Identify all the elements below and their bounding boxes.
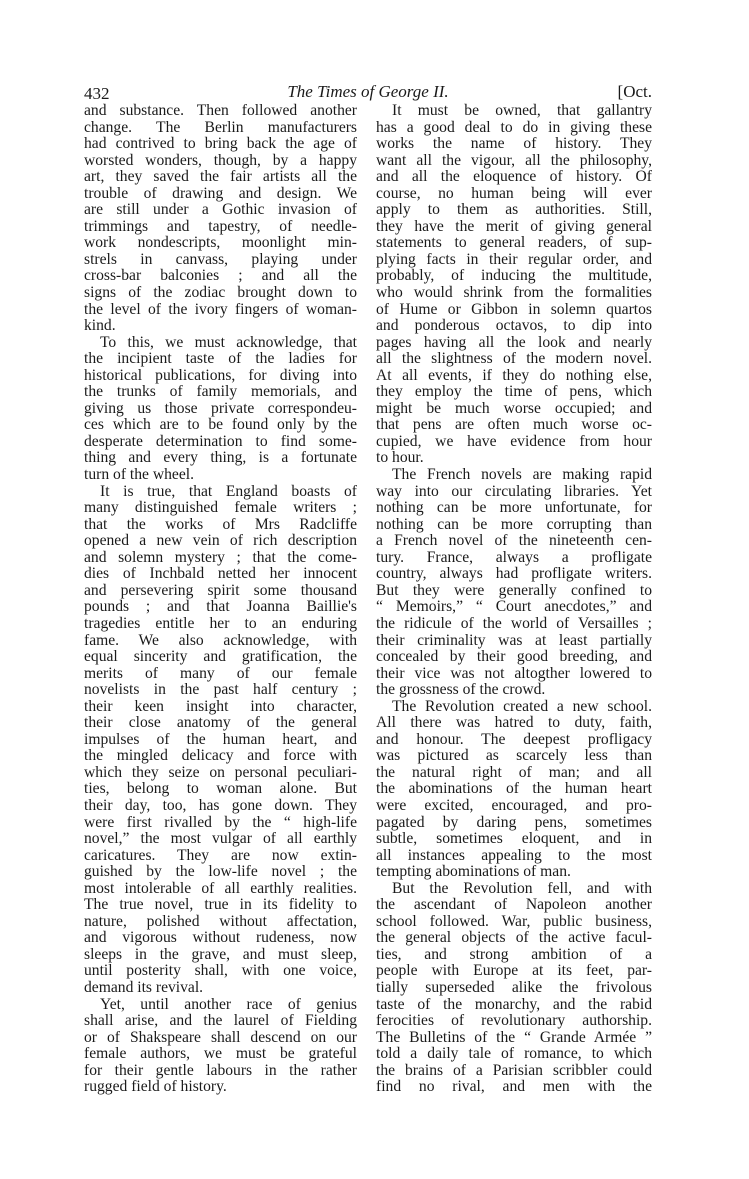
text-line: works the name of history. They [376,136,652,153]
text-line: shall arise, and the laurel of Fielding [84,1013,357,1030]
text-line: ces which are to be found only by the [84,417,357,434]
text-line: The Bulletins of the “ Grande Armée ” [376,1030,652,1047]
text-line: many distinguished female writers ; [84,500,357,517]
text-line: The Revolution created a new school. [376,699,652,716]
text-line: and honour. The deepest profligacy [376,732,652,749]
text-line: had contrived to bring back the age of [84,136,357,153]
text-line: nothing can be more unfortunate, for [376,500,652,517]
text-line: Yet, until another race of genius [84,997,357,1014]
text-line: female authors, we must be grateful [84,1046,357,1063]
text-line: But the Revolution fell, and with [376,881,652,898]
text-line: the trunks of family memorials, and [84,384,357,401]
text-line: sleeps in the grave, and must sleep, [84,947,357,964]
text-line: tragedies entitle her to an enduring [84,616,357,633]
text-line: the ridicule of the world of Versailles … [376,616,652,633]
text-line: and persevering spirit some thousand [84,583,357,600]
text-line: change. The Berlin manufacturers [84,120,357,137]
text-line: want all the vigour, all the philosophy, [376,153,652,170]
text-line: a French novel of the nineteenth cen- [376,533,652,550]
text-line: probably, of inducing the multitude, [376,268,652,285]
text-line: their keen insight into character, [84,699,357,716]
text-line: equal sincerity and gratification, the [84,649,357,666]
text-line: to hour. [376,450,652,467]
text-line: and all the eloquence of history. Of [376,169,652,186]
text-line: The French novels are making rapid [376,467,652,484]
text-line: were excited, encouraged, and pro- [376,798,652,815]
text-line: The true novel, true in its fidelity to [84,897,357,914]
text-line: the level of the ivory fingers of woman- [84,302,357,319]
text-line: ties, belong to woman alone. But [84,781,357,798]
text-line: nothing can be more corrupting than [376,517,652,534]
text-line: they employ the time of pens, which [376,384,652,401]
text-line: country, always had profligate writers. [376,566,652,583]
running-header: 432 The Times of George II. [Oct. [84,84,652,104]
text-line: their close anatomy of the general [84,715,357,732]
text-line: that pens are often much worse oc- [376,417,652,434]
text-line: people with Europe at its feet, par- [376,963,652,980]
text-line: pagated by daring pens, sometimes [376,815,652,832]
text-line: dies of Inchbald netted her innocent [84,566,357,583]
text-line: plying facts in their regular order, and [376,252,652,269]
text-line: rugged field of history. [84,1079,357,1096]
text-line: way into our circulating libraries. Yet [376,484,652,501]
text-line: statements to general readers, of sup- [376,235,652,252]
book-page: 432 The Times of George II. [Oct. and su… [0,0,749,1179]
text-line: At all events, if they do nothing else, [376,368,652,385]
text-line: they have the merit of giving general [376,219,652,236]
text-line: all instances appealing to the most [376,848,652,865]
header-month: [Oct. [618,82,652,102]
text-line: until posterity shall, with one voice, [84,963,357,980]
text-line: art, they saved the fair artists all the [84,169,357,186]
text-line: worsted wonders, though, by a happy [84,153,357,170]
text-line: tempting abominations of man. [376,864,652,881]
text-line: most intolerable of all earthly realitie… [84,881,357,898]
text-line: nature, polished without affectation, [84,914,357,931]
text-line: of Hume or Gibbon in solemn quartos [376,302,652,319]
text-line: But they were generally confined to [376,583,652,600]
text-line: were first rivalled by the “ high-life [84,815,357,832]
text-line: work nondescripts, moonlight min- [84,235,357,252]
text-line: the brains of a Parisian scribbler could [376,1063,652,1080]
text-line: novelists in the past half century ; [84,682,357,699]
text-line: signs of the zodiac brought down to [84,285,357,302]
text-line: their criminality was at least partially [376,633,652,650]
text-line: tially superseded alike the frivolous [376,980,652,997]
right-column: It must be owned, that gallantryhas a go… [376,103,652,1096]
text-line: find no rival, and men with the [376,1079,652,1096]
text-line: ties, and strong ambition of a [376,947,652,964]
text-line: ferocities of revolutionary authorship. [376,1013,652,1030]
text-line: All there was hatred to duty, faith, [376,715,652,732]
text-line: desperate determination to find some- [84,434,357,451]
text-line: the incipient taste of the ladies for [84,351,357,368]
text-line: are still under a Gothic invasion of [84,202,357,219]
text-line: kind. [84,318,357,335]
text-line: the grossness of the crowd. [376,682,652,699]
text-line: subtle, sometimes eloquent, and in [376,831,652,848]
text-line: To this, we must acknowledge, that [84,335,357,352]
text-line: cross-bar balconies ; and all the [84,268,357,285]
text-line: tury. France, always a profligate [376,550,652,567]
text-line: the natural right of man; and all [376,765,652,782]
text-line: pounds ; and that Joanna Baillie's [84,599,357,616]
text-line: the mingled delicacy and force with [84,748,357,765]
text-line: novel,” the most vulgar of all earthly [84,831,357,848]
text-line: demand its revival. [84,980,357,997]
text-line: which they seize on personal peculiari- [84,765,357,782]
text-line: It must be owned, that gallantry [376,103,652,120]
text-line: school followed. War, public business, [376,914,652,931]
text-line: course, no human being will ever [376,186,652,203]
running-title: The Times of George II. [84,82,652,102]
text-line: cupied, we have evidence from hour [376,434,652,451]
text-line: their day, too, has gone down. They [84,798,357,815]
text-line: the abominations of the human heart [376,781,652,798]
text-line: and substance. Then followed another [84,103,357,120]
text-line: It is true, that England boasts of [84,484,357,501]
text-line: all the slightness of the modern novel. [376,351,652,368]
text-line: giving us those private correspondeu- [84,401,357,418]
text-line: was pictured as scarcely less than [376,748,652,765]
text-line: thing and every thing, is a fortunate [84,450,357,467]
text-line: who would shrink from the formalities [376,285,652,302]
text-line: has a good deal to do in giving these [376,120,652,137]
text-line: trouble of drawing and design. We [84,186,357,203]
text-line: impulses of the human heart, and [84,732,357,749]
text-line: their vice was not altogther lowered to [376,666,652,683]
text-line: that the works of Mrs Radcliffe [84,517,357,534]
text-line: might be much worse occupied; and [376,401,652,418]
text-line: the ascendant of Napoleon another [376,897,652,914]
text-line: “ Memoirs,” “ Court anecdotes,” and [376,599,652,616]
text-line: and solemn mystery ; that the come- [84,550,357,567]
left-column: and substance. Then followed anotherchan… [84,103,357,1096]
text-line: turn of the wheel. [84,467,357,484]
text-line: told a daily tale of romance, to which [376,1046,652,1063]
text-line: concealed by their good breeding, and [376,649,652,666]
text-line: pages having all the look and nearly [376,335,652,352]
text-line: for their gentle labours in the rather [84,1063,357,1080]
text-line: or of Shakspeare shall descend on our [84,1030,357,1047]
text-line: and ponderous octavos, to dip into [376,318,652,335]
text-line: merits of many of our female [84,666,357,683]
text-line: trimmings and tapestry, of needle- [84,219,357,236]
text-line: taste of the monarchy, and the rabid [376,997,652,1014]
text-line: guished by the low-life novel ; the [84,864,357,881]
text-line: apply to them as authorities. Still, [376,202,652,219]
text-line: the general objects of the active facul- [376,930,652,947]
text-line: strels in canvass, playing under [84,252,357,269]
text-line: fame. We also acknowledge, with [84,633,357,650]
text-line: opened a new vein of rich description [84,533,357,550]
text-line: historical publications, for diving into [84,368,357,385]
text-line: and vigorous without rudeness, now [84,930,357,947]
text-line: caricatures. They are now extin- [84,848,357,865]
